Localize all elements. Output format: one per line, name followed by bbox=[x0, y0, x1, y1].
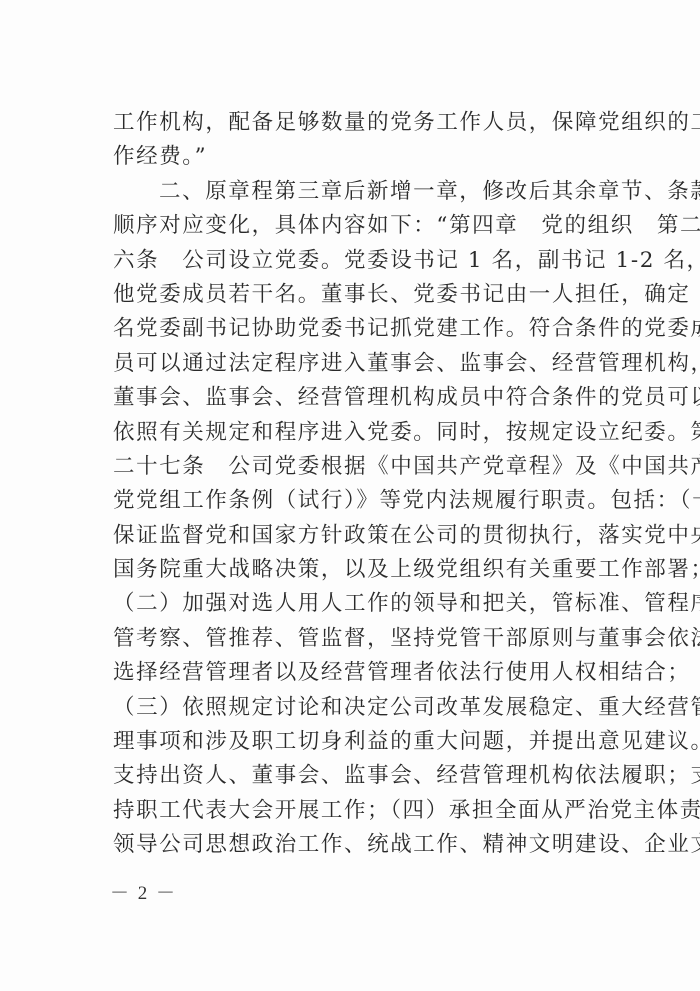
text-line: 国务院重大战略决策，以及上级党组织有关重要工作部署； bbox=[113, 553, 583, 587]
text-line: （二）加强对选人用人工作的领导和把关，管标准、管程序、 bbox=[113, 587, 583, 621]
text-line: （三）依照规定讨论和决定公司改革发展稳定、重大经营管 bbox=[113, 691, 583, 725]
text-line: 管考察、管推荐、管监督，坚持党管干部原则与董事会依法 bbox=[113, 622, 583, 656]
text-line: 董事会、监事会、经营管理机构成员中符合条件的党员可以 bbox=[113, 381, 583, 415]
text-line: 名党委副书记协助党委书记抓党建工作。符合条件的党委成 bbox=[113, 312, 583, 346]
text-line: 领导公司思想政治工作、统战工作、精神文明建设、企业文 bbox=[113, 828, 583, 862]
text-line: 支持出资人、董事会、监事会、经营管理机构依法履职；支 bbox=[113, 759, 583, 793]
page-number: － 2 － bbox=[110, 878, 177, 905]
text-line: 依照有关规定和程序进入党委。同时，按规定设立纪委。第 bbox=[113, 416, 583, 450]
body-text: 工作机构，配备足够数量的党务工作人员，保障党组织的工 作经费。” 二、原章程第三… bbox=[113, 106, 583, 863]
text-line: 保证监督党和国家方针政策在公司的贯彻执行，落实党中央、 bbox=[113, 519, 583, 553]
text-line: 持职工代表大会开展工作；（四）承担全面从严治党主体责任。 bbox=[113, 794, 583, 828]
text-line: 作经费。” bbox=[113, 140, 583, 174]
text-line: 党党组工作条例（试行）》等党内法规履行职责。包括：（一） bbox=[113, 484, 583, 518]
text-line: 工作机构，配备足够数量的党务工作人员，保障党组织的工 bbox=[113, 106, 583, 140]
text-line: 他党委成员若干名。董事长、党委书记由一人担任，确定 1 bbox=[113, 278, 583, 312]
text-line-paragraph-start: 二、原章程第三章后新增一章，修改后其余章节、条款 bbox=[113, 175, 583, 209]
text-line: 员可以通过法定程序进入董事会、监事会、经营管理机构， bbox=[113, 347, 583, 381]
text-line: 二十七条 公司党委根据《中国共产党章程》及《中国共产 bbox=[113, 450, 583, 484]
document-page: 工作机构，配备足够数量的党务工作人员，保障党组织的工 作经费。” 二、原章程第三… bbox=[0, 0, 700, 991]
text-line: 顺序对应变化，具体内容如下：“第四章 党的组织 第二十 bbox=[113, 209, 583, 243]
text-line: 选择经营管理者以及经营管理者依法行使用人权相结合； bbox=[113, 656, 583, 690]
text-line: 理事项和涉及职工切身利益的重大问题，并提出意见建议。 bbox=[113, 725, 583, 759]
text-line: 六条 公司设立党委。党委设书记 1 名，副书记 1-2 名，其 bbox=[113, 244, 583, 278]
